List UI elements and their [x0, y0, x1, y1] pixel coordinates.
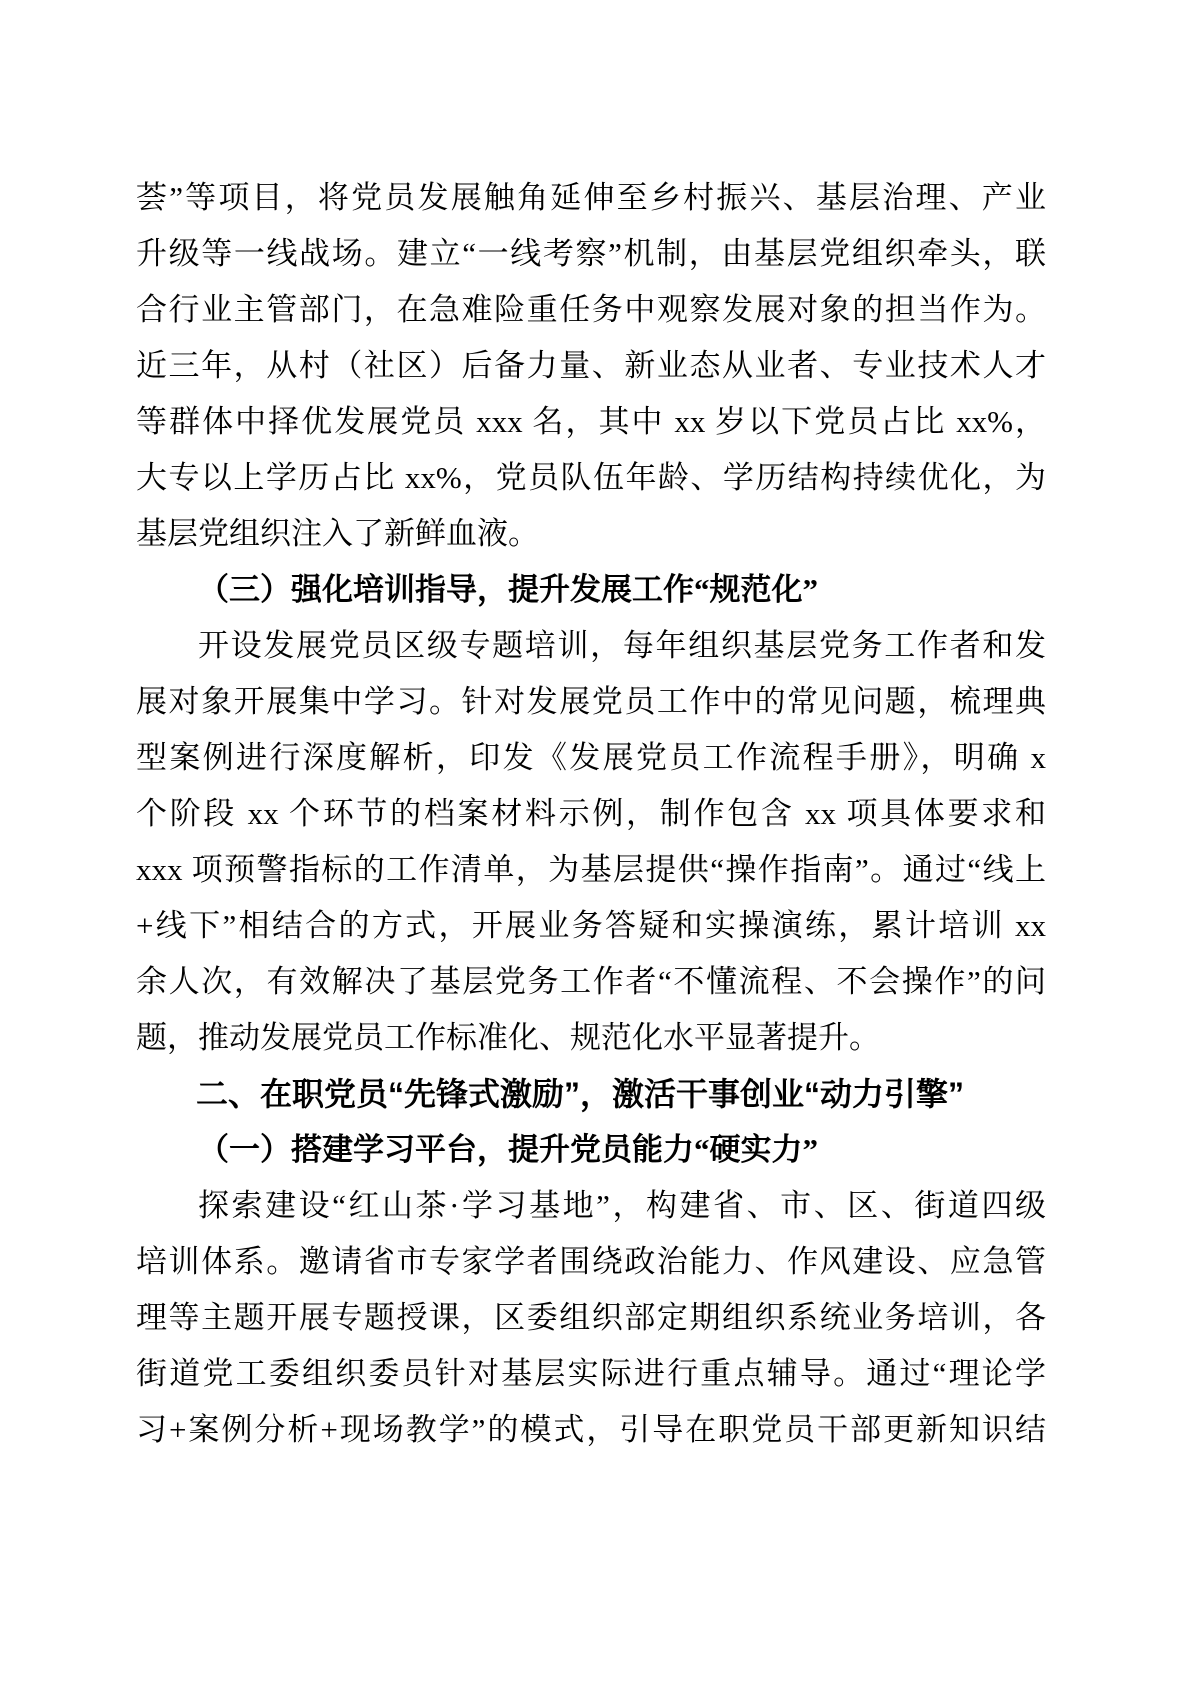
text-line: 大专以上学历占比 xx%，党员队伍年龄、学历结构持续优化，为: [136, 450, 1046, 506]
section-heading-2: 二、在职党员“先锋式激励”，激活干事创业“动力引擎”: [136, 1066, 1046, 1122]
text-line: 基层党组织注入了新鲜血液。: [136, 506, 1046, 562]
document-page: 荟”等项目，将党员发展触角延伸至乡村振兴、基层治理、产业 升级等一线战场。建立“…: [0, 0, 1190, 1683]
text-line: 等群体中择优发展党员 xxx 名，其中 xx 岁以下党员占比 xx%，: [136, 394, 1046, 450]
text-line: 题，推动发展党员工作标准化、规范化水平显著提升。: [136, 1010, 1046, 1066]
text-line: 探索建设“红山茶·学习基地”，构建省、市、区、街道四级: [136, 1178, 1046, 1234]
text-line: 街道党工委组织委员针对基层实际进行重点辅导。通过“理论学: [136, 1346, 1046, 1402]
document-body: 荟”等项目，将党员发展触角延伸至乡村振兴、基层治理、产业 升级等一线战场。建立“…: [136, 170, 1046, 1458]
text-line: 个阶段 xx 个环节的档案材料示例，制作包含 xx 项具体要求和: [136, 786, 1046, 842]
text-line: 展对象开展集中学习。针对发展党员工作中的常见问题，梳理典: [136, 674, 1046, 730]
text-line: 合行业主管部门，在急难险重任务中观察发展对象的担当作为。: [136, 282, 1046, 338]
text-line: 余人次，有效解决了基层党务工作者“不懂流程、不会操作”的问: [136, 954, 1046, 1010]
sub-heading-1: （一）搭建学习平台，提升党员能力“硬实力”: [136, 1122, 1046, 1178]
text-line: 升级等一线战场。建立“一线考察”机制，由基层党组织牵头，联: [136, 226, 1046, 282]
text-line: 型案例进行深度解析，印发《发展党员工作流程手册》，明确 x: [136, 730, 1046, 786]
text-line: 荟”等项目，将党员发展触角延伸至乡村振兴、基层治理、产业: [136, 170, 1046, 226]
text-line: 近三年，从村（社区）后备力量、新业态从业者、专业技术人才: [136, 338, 1046, 394]
sub-heading-3: （三）强化培训指导，提升发展工作“规范化”: [136, 562, 1046, 618]
text-line: +线下”相结合的方式，开展业务答疑和实操演练，累计培训 xx: [136, 898, 1046, 954]
text-line: 培训体系。邀请省市专家学者围绕政治能力、作风建设、应急管: [136, 1234, 1046, 1290]
text-line: xxx 项预警指标的工作清单，为基层提供“操作指南”。通过“线上: [136, 842, 1046, 898]
text-line: 理等主题开展专题授课，区委组织部定期组织系统业务培训，各: [136, 1290, 1046, 1346]
paragraph: 探索建设“红山茶·学习基地”，构建省、市、区、街道四级 培训体系。邀请省市专家学…: [136, 1178, 1046, 1458]
paragraph: 开设发展党员区级专题培训，每年组织基层党务工作者和发 展对象开展集中学习。针对发…: [136, 618, 1046, 1066]
paragraph: 荟”等项目，将党员发展触角延伸至乡村振兴、基层治理、产业 升级等一线战场。建立“…: [136, 170, 1046, 562]
text-line: 开设发展党员区级专题培训，每年组织基层党务工作者和发: [136, 618, 1046, 674]
text-line: 习+案例分析+现场教学”的模式，引导在职党员干部更新知识结: [136, 1402, 1046, 1458]
